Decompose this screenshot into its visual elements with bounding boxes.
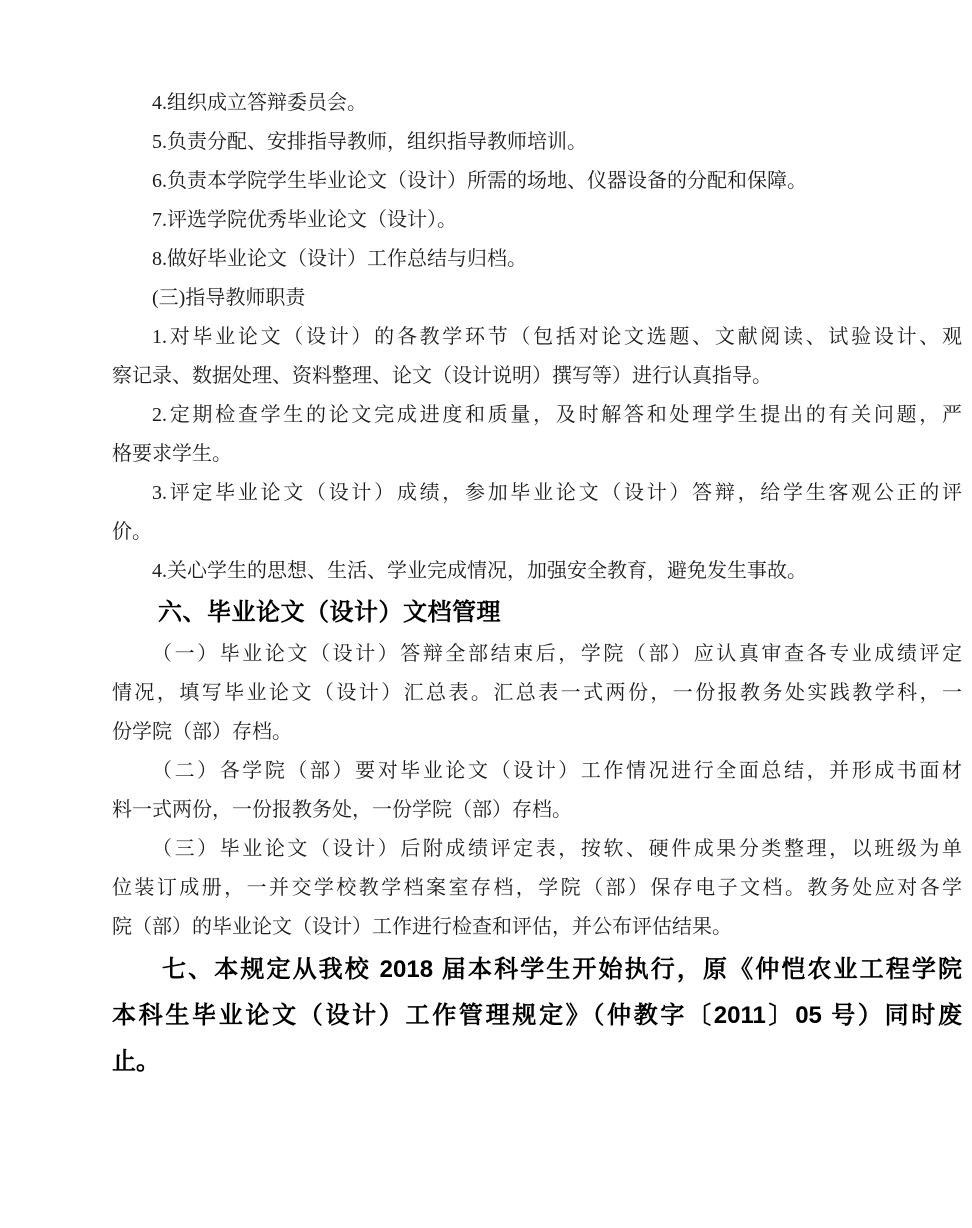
text-line: 5.负责分配、安排指导教师，组织指导教师培训。 [112,123,962,162]
final-provision-seven: 七、本规定从我校 2018 届本科学生开始执行，原《仲恺农业工程学院 本科生毕业… [112,947,962,1085]
text-line: 7.评选学院优秀毕业论文（设计）。 [112,201,962,240]
text-line: 七、本规定从我校 2018 届本科学生开始执行，原《仲恺农业工程学院 [112,947,962,993]
document-page: 4.组织成立答辩委员会。 5.负责分配、安排指导教师，组织指导教师培训。 6.负… [0,0,972,1228]
text-line: 察记录、数据处理、资料整理、论文（设计说明）撰写等）进行认真指导。 [112,357,962,396]
college-duty-item-5: 5.负责分配、安排指导教师，组织指导教师培训。 [112,123,962,162]
text-line: （一）毕业论文（设计）答辩全部结束后，学院（部）应认真审查各专业成绩评定 [112,635,962,674]
section-heading-six: 六、毕业论文（设计）文档管理 [112,591,962,635]
text-line: 3.评定毕业论文（设计）成绩，参加毕业论文（设计）答辩，给学生客观公正的评 [112,474,962,513]
text-line: 份学院（部）存档。 [112,713,962,752]
college-duty-item-4: 4.组织成立答辩委员会。 [112,84,962,123]
section-title: 六、毕业论文（设计）文档管理 [112,591,962,635]
text-line: 1.对毕业论文（设计）的各教学环节（包括对论文选题、文献阅读、试验设计、观 [112,318,962,357]
text-line: 料一式两份，一份报教务处，一份学院（部）存档。 [112,791,962,830]
text-line: （二）各学院（部）要对毕业论文（设计）工作情况进行全面总结，并形成书面材 [112,752,962,791]
text-line: 本科生毕业论文（设计）工作管理规定》（仲教字〔2011〕05 号）同时废 [112,993,962,1039]
text-line: 止。 [112,1039,962,1085]
text-line: 格要求学生。 [112,435,962,474]
advisor-duty-item-3: 3.评定毕业论文（设计）成绩，参加毕业论文（设计）答辩，给学生客观公正的评 价。 [112,474,962,552]
text-line: 情况，填写毕业论文（设计）汇总表。汇总表一式两份，一份报教务处实践教学科，一 [112,674,962,713]
text-line: 院（部）的毕业论文（设计）工作进行检查和评估，并公布评估结果。 [112,908,962,947]
subsection-heading-advisor-duties: (三)指导教师职责 [112,279,962,318]
advisor-duty-item-4: 4.关心学生的思想、生活、学业完成情况，加强安全教育，避免发生事故。 [112,552,962,591]
college-duty-item-6: 6.负责本学院学生毕业论文（设计）所需的场地、仪器设备的分配和保障。 [112,162,962,201]
text-line: 价。 [112,513,962,552]
text-line: 8.做好毕业论文（设计）工作总结与归档。 [112,240,962,279]
college-duty-item-8: 8.做好毕业论文（设计）工作总结与归档。 [112,240,962,279]
archive-clause-2: （二）各学院（部）要对毕业论文（设计）工作情况进行全面总结，并形成书面材 料一式… [112,752,962,830]
text-line: 2.定期检查学生的论文完成进度和质量，及时解答和处理学生提出的有关问题，严 [112,396,962,435]
archive-clause-1: （一）毕业论文（设计）答辩全部结束后，学院（部）应认真审查各专业成绩评定 情况，… [112,635,962,752]
advisor-duty-item-1: 1.对毕业论文（设计）的各教学环节（包括对论文选题、文献阅读、试验设计、观 察记… [112,318,962,396]
text-line: 4.关心学生的思想、生活、学业完成情况，加强安全教育，避免发生事故。 [112,552,962,591]
college-duty-item-7: 7.评选学院优秀毕业论文（设计）。 [112,201,962,240]
text-line: (三)指导教师职责 [112,279,962,318]
text-line: （三）毕业论文（设计）后附成绩评定表，按软、硬件成果分类整理，以班级为单 [112,830,962,869]
text-line: 位装订成册，一并交学校教学档案室存档，学院（部）保存电子文档。教务处应对各学 [112,869,962,908]
text-line: 6.负责本学院学生毕业论文（设计）所需的场地、仪器设备的分配和保障。 [112,162,962,201]
archive-clause-3: （三）毕业论文（设计）后附成绩评定表，按软、硬件成果分类整理，以班级为单 位装订… [112,830,962,947]
text-line: 4.组织成立答辩委员会。 [112,84,962,123]
advisor-duty-item-2: 2.定期检查学生的论文完成进度和质量，及时解答和处理学生提出的有关问题，严 格要… [112,396,962,474]
